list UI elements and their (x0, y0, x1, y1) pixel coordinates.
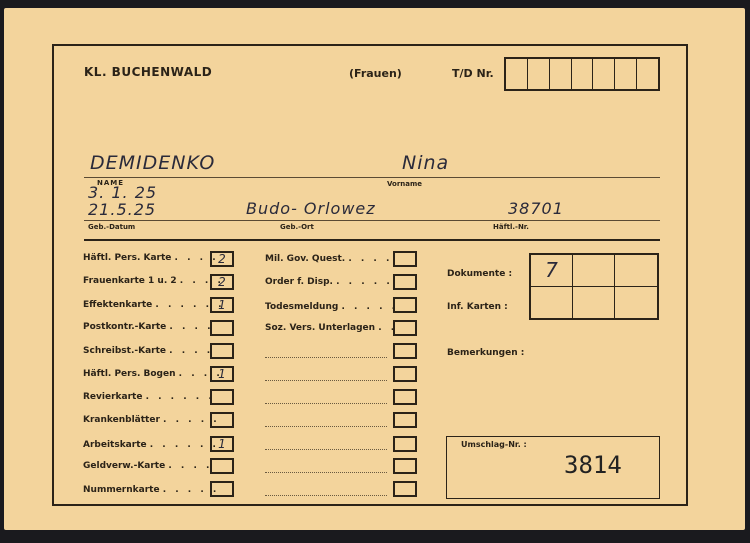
count-box[interactable] (393, 297, 417, 313)
row-label: Todesmeldung . . . . . (265, 302, 398, 312)
td-digit-box (506, 59, 528, 89)
row-label: Revierkarte . . . . . . (83, 392, 215, 402)
count-box[interactable] (393, 436, 417, 452)
td-digit-box (637, 59, 658, 89)
td-number-label: T/D Nr. (452, 67, 494, 80)
row-label: Arbeitskarte . . . . . . (83, 440, 219, 450)
date-2-value: 21.5.25 (88, 200, 156, 219)
count-box[interactable]: 1 (210, 366, 234, 382)
blank-line (265, 472, 387, 473)
count-box[interactable] (210, 458, 234, 474)
blank-line (265, 426, 387, 427)
count-box[interactable] (393, 458, 417, 474)
count-box[interactable] (393, 481, 417, 497)
surname-value: DEMIDENKO (90, 152, 215, 174)
count-box[interactable] (210, 389, 234, 405)
grid-cell[interactable] (573, 255, 615, 287)
bemerkungen-label: Bemerkungen : (447, 348, 524, 358)
umschlag-label: Umschlag-Nr. : (461, 440, 527, 449)
count-box[interactable]: 1 (210, 297, 234, 313)
row-label: Krankenblätter . . . . . (83, 415, 220, 425)
td-digit-box (615, 59, 637, 89)
row-label: Mil. Gov. Quest. . . . . (265, 254, 392, 264)
count-box[interactable] (393, 412, 417, 428)
td-number-boxes (504, 57, 660, 91)
row-label: Frauenkarte 1 u. 2 . . . . (83, 276, 224, 286)
prisoner-number-label: Häftl.-Nr. (493, 223, 529, 231)
blank-line (265, 495, 387, 496)
count-box[interactable] (393, 274, 417, 290)
birthdate-label: Geb.-Datum (88, 223, 135, 231)
count-box[interactable] (393, 389, 417, 405)
dokumente-grid: 7 (529, 253, 659, 320)
grid-cell[interactable] (531, 287, 573, 319)
td-digit-box (528, 59, 550, 89)
row-label: Häftl. Pers. Karte . . . . (83, 253, 219, 263)
umschlag-number: 3814 (564, 451, 622, 479)
birth-line (84, 220, 660, 221)
firstname-value: Nina (402, 152, 449, 174)
name-line (84, 177, 660, 178)
row-label: Nummernkarte . . . . . (83, 485, 219, 495)
dokumente-label: Dokumente : (447, 269, 512, 279)
grid-cell[interactable] (615, 255, 657, 287)
row-label: Schreibst.-Karte . . . . (83, 346, 213, 356)
row-label: Effektenkarte . . . . . . (83, 300, 225, 310)
firstname-label: Vorname (387, 180, 422, 188)
blank-line (265, 380, 387, 381)
td-digit-box (572, 59, 594, 89)
td-digit-box (593, 59, 615, 89)
row-label: Häftl. Pers. Bogen . . . . (83, 369, 223, 379)
count-box[interactable] (393, 320, 417, 336)
count-box[interactable] (210, 320, 234, 336)
umschlag-box: Umschlag-Nr. : 3814 (446, 436, 660, 499)
count-box[interactable] (393, 343, 417, 359)
grid-cell[interactable]: 7 (531, 255, 573, 287)
grid-cell[interactable] (573, 287, 615, 319)
section-divider (84, 239, 660, 241)
birthplace-value: Budo- Orlowez (246, 199, 376, 218)
row-label: Order f. Disp. . . . . . (265, 277, 393, 287)
count-box[interactable]: 2 (210, 251, 234, 267)
row-label: Postkontr.-Karte . . . . (83, 322, 214, 332)
count-box[interactable] (393, 366, 417, 382)
td-digit-box (550, 59, 572, 89)
blank-line (265, 403, 387, 404)
birthplace-label: Geb.-Ort (280, 223, 314, 231)
count-box[interactable] (210, 481, 234, 497)
count-box[interactable] (210, 412, 234, 428)
row-label: Geldverw.-Karte . . . . (83, 461, 212, 471)
count-box[interactable]: 1 (210, 436, 234, 452)
camp-title: KL. BUCHENWALD (84, 65, 212, 79)
grid-cell[interactable] (615, 287, 657, 319)
row-label: Soz. Vers. Unterlagen . . (265, 323, 397, 333)
prisoner-number-value: 38701 (508, 199, 564, 218)
blank-line (265, 449, 387, 450)
section-label: (Frauen) (349, 67, 402, 80)
count-box[interactable] (393, 251, 417, 267)
count-box[interactable] (210, 343, 234, 359)
blank-line (265, 357, 387, 358)
inf-karten-label: Inf. Karten : (447, 302, 508, 312)
count-box[interactable]: 2 (210, 274, 234, 290)
